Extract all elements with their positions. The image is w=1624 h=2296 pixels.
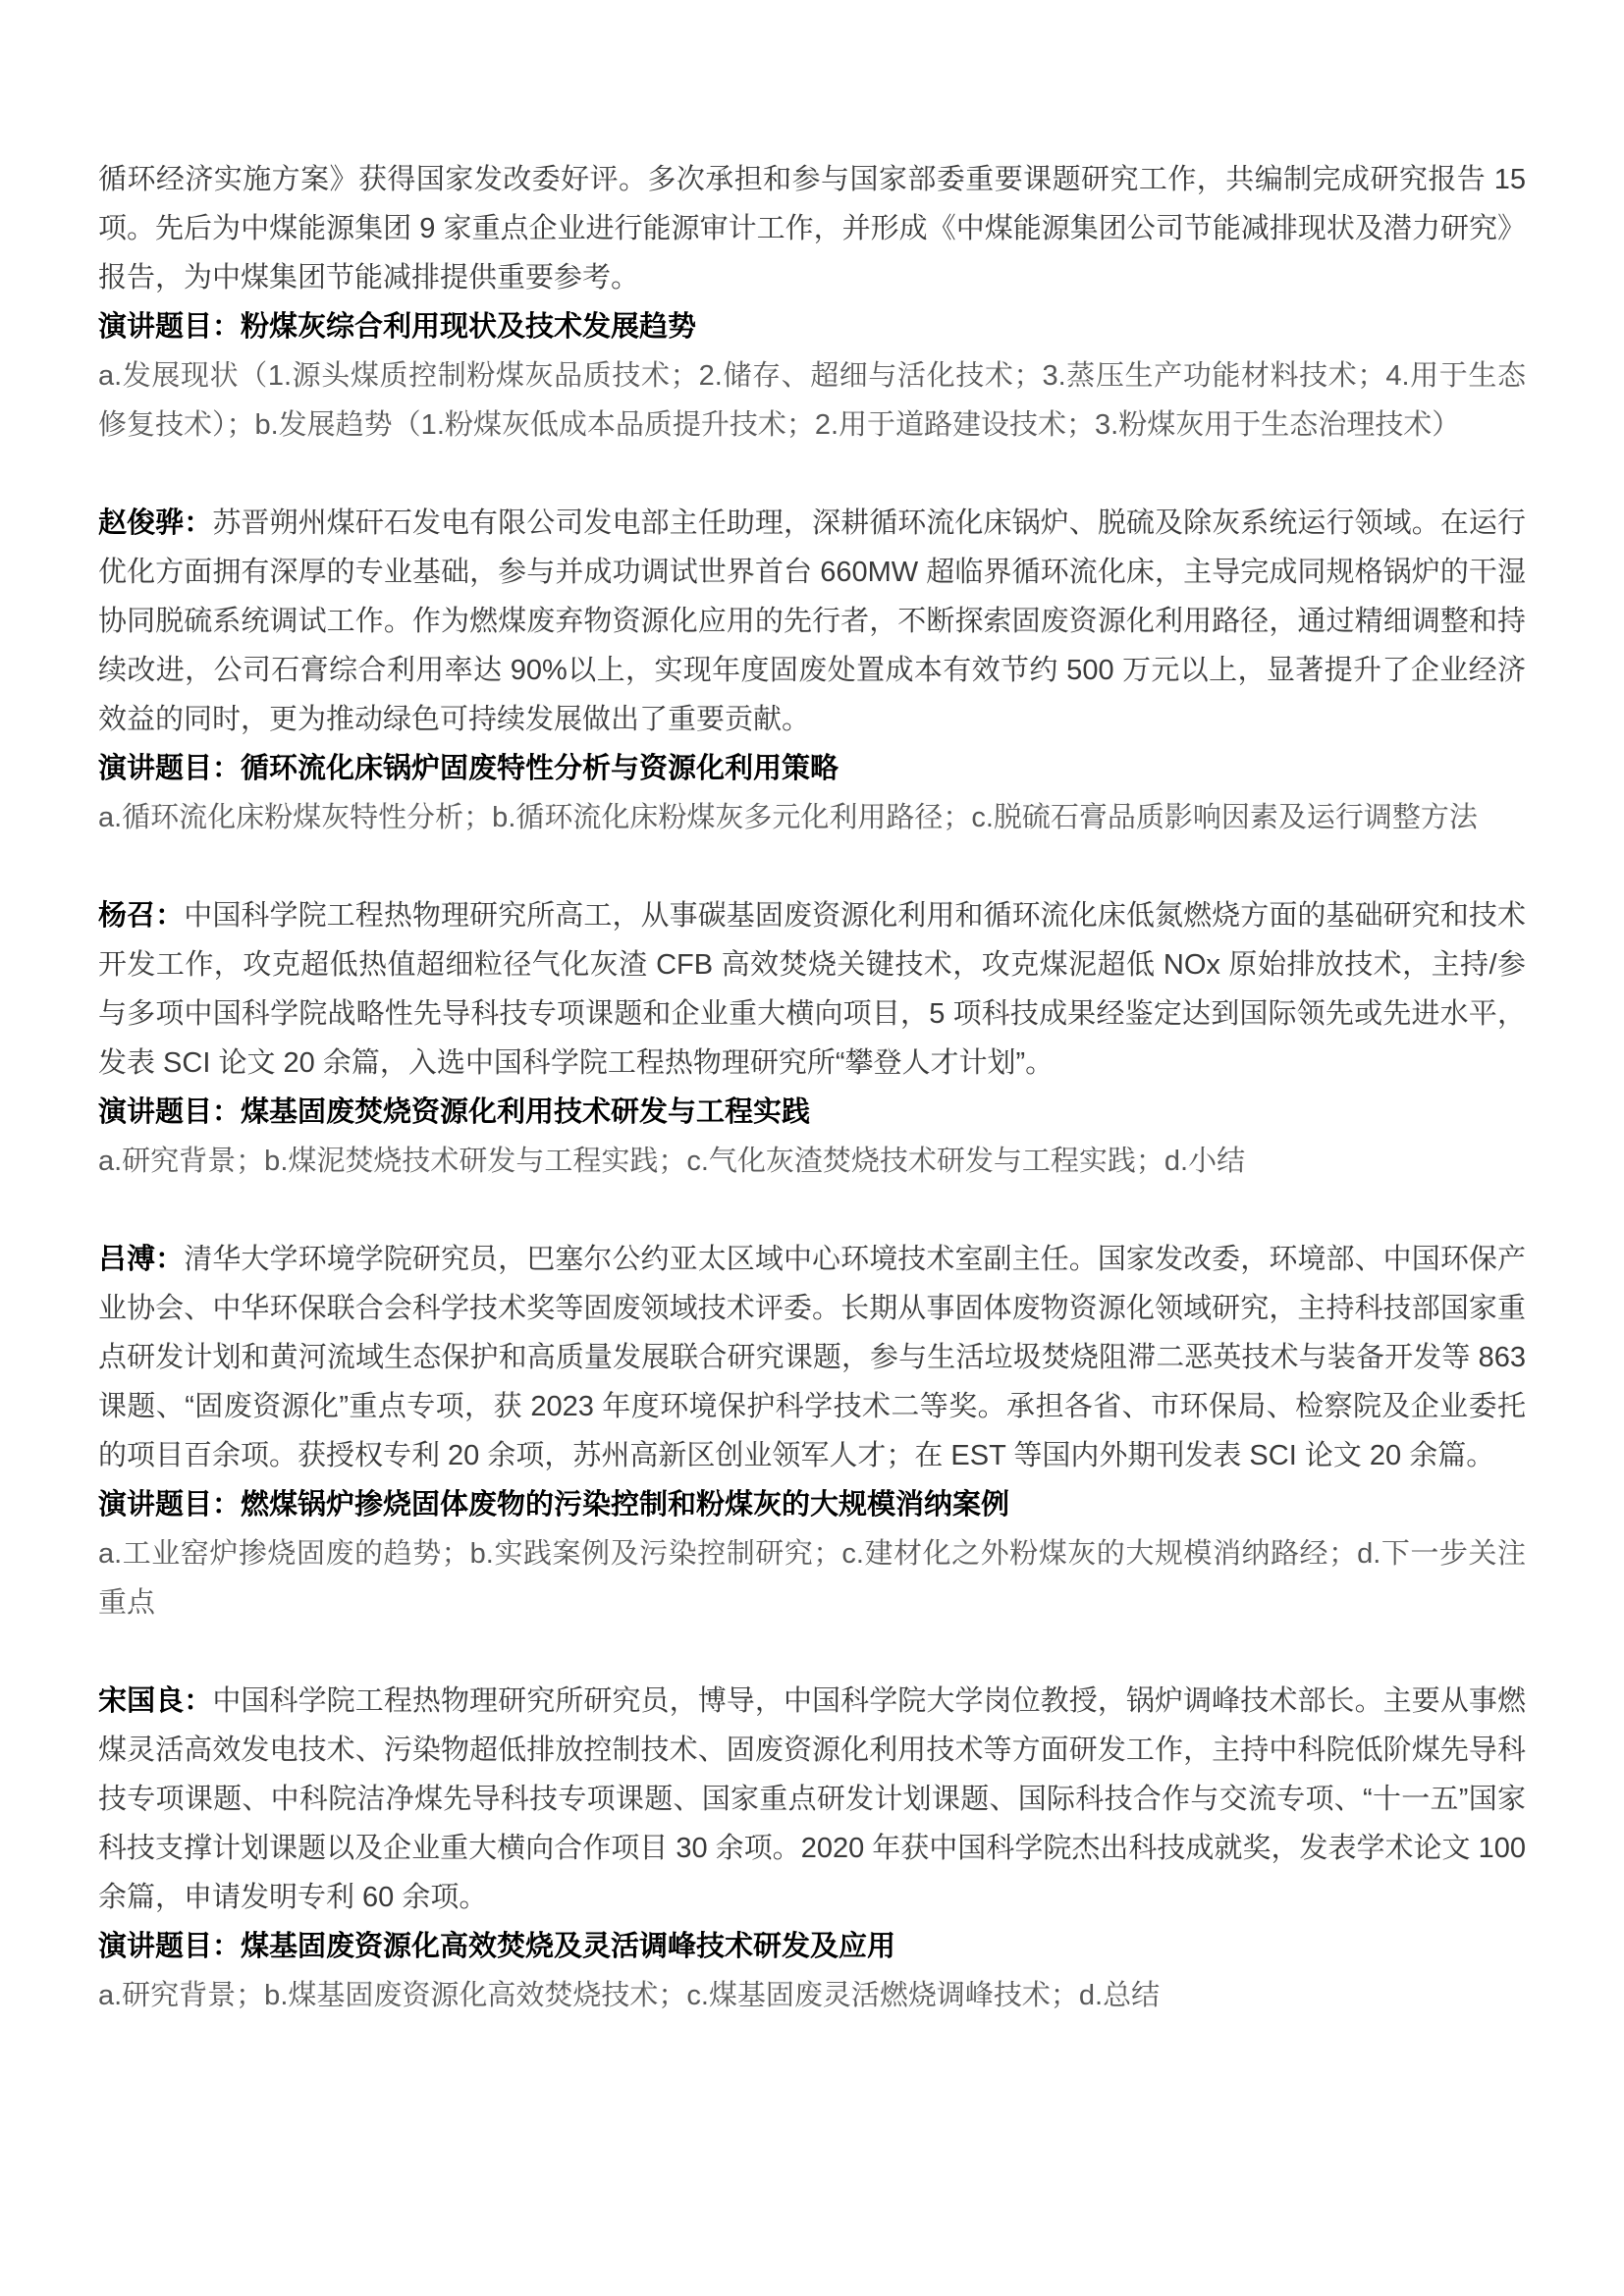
speaker-name: 宋国良： (98, 1685, 212, 1717)
speaker-bio-text: 中国科学院工程热物理研究所高工，从事碳基固废资源化利用和循环流化床低氮燃烧方面的… (98, 900, 1526, 1079)
speaker-section-songguoliang: 宋国良：中国科学院工程热物理研究所研究员，博导，中国科学院大学岗位教授，锅炉调峰… (98, 1677, 1526, 2020)
talk-outline: a.研究背景；b.煤泥焚烧技术研发与工程实践；c.气化灰渣焚烧技术研发与工程实践… (98, 1137, 1526, 1186)
talk-outline: a.循环流化床粉煤灰特性分析；b.循环流化床粉煤灰多元化利用路径；c.脱硫石膏品… (98, 793, 1526, 842)
talk-topic-line: 演讲题目：煤基固废资源化高效焚烧及灵活调峰技术研发及应用 (98, 1922, 1526, 1971)
talk-outline: a.工业窑炉掺烧固废的趋势；b.实践案例及污染控制研究；c.建材化之外粉煤灰的大… (98, 1529, 1526, 1628)
speaker-name: 杨召： (98, 900, 184, 932)
talk-topic-line: 演讲题目：燃煤锅炉掺烧固体废物的污染控制和粉煤灰的大规模消纳案例 (98, 1480, 1526, 1529)
speaker-bio-paragraph: 吕溥：清华大学环境学院研究员，巴塞尔公约亚太区域中心环境技术室副主任。国家发改委… (98, 1235, 1526, 1480)
speaker-bio-text: 中国科学院工程热物理研究所研究员，博导，中国科学院大学岗位教授，锅炉调峰技术部长… (98, 1685, 1526, 1913)
talk-topic-title: 粉煤灰综合利用现状及技术发展趋势 (241, 311, 696, 343)
speaker-bio-paragraph: 杨召：中国科学院工程热物理研究所高工，从事碳基固废资源化利用和循环流化床低氮燃烧… (98, 891, 1526, 1088)
talk-topic-title: 燃煤锅炉掺烧固体废物的污染控制和粉煤灰的大规模消纳案例 (241, 1489, 1009, 1521)
talk-topic-label: 演讲题目： (98, 311, 241, 343)
talk-topic-line: 演讲题目：循环流化床锅炉固废特性分析与资源化利用策略 (98, 744, 1526, 793)
talk-outline: a.发展现状（1.源头煤质控制粉煤灰品质技术；2.储存、超细与活化技术；3.蒸压… (98, 351, 1526, 450)
talk-topic-title: 循环流化床锅炉固废特性分析与资源化利用策略 (241, 753, 839, 784)
talk-topic-title: 煤基固废资源化高效焚烧及灵活调峰技术研发及应用 (241, 1931, 895, 1962)
speaker-section-yangzhao: 杨召：中国科学院工程热物理研究所高工，从事碳基固废资源化利用和循环流化床低氮燃烧… (98, 891, 1526, 1186)
speaker-bio-text: 循环经济实施方案》获得国家发改委好评。多次承担和参与国家部委重要课题研究工作，共… (98, 164, 1526, 294)
speaker-bio-paragraph: 宋国良：中国科学院工程热物理研究所研究员，博导，中国科学院大学岗位教授，锅炉调峰… (98, 1677, 1526, 1922)
talk-topic-line: 演讲题目：粉煤灰综合利用现状及技术发展趋势 (98, 302, 1526, 351)
speaker-bio-text: 清华大学环境学院研究员，巴塞尔公约亚太区域中心环境技术室副主任。国家发改委，环境… (98, 1244, 1526, 1471)
speaker-bio-paragraph: 赵俊骅：苏晋朔州煤矸石发电有限公司发电部主任助理，深耕循环流化床锅炉、脱硫及除灰… (98, 499, 1526, 744)
document-page: 循环经济实施方案》获得国家发改委好评。多次承担和参与国家部委重要课题研究工作，共… (0, 0, 1624, 2296)
speaker-name: 吕溥： (98, 1244, 184, 1275)
speaker-section-lvpu: 吕溥：清华大学环境学院研究员，巴塞尔公约亚太区域中心环境技术室副主任。国家发改委… (98, 1235, 1526, 1628)
speaker-section-zhaojunhua: 赵俊骅：苏晋朔州煤矸石发电有限公司发电部主任助理，深耕循环流化床锅炉、脱硫及除灰… (98, 499, 1526, 842)
talk-topic-label: 演讲题目： (98, 1096, 241, 1128)
talk-topic-label: 演讲题目： (98, 1931, 241, 1962)
talk-topic-label: 演讲题目： (98, 753, 241, 784)
talk-outline: a.研究背景；b.煤基固废资源化高效焚烧技术；c.煤基固废灵活燃烧调峰技术；d.… (98, 1971, 1526, 2020)
speaker-bio-paragraph: 循环经济实施方案》获得国家发改委好评。多次承担和参与国家部委重要课题研究工作，共… (98, 155, 1526, 302)
talk-topic-line: 演讲题目：煤基固废焚烧资源化利用技术研发与工程实践 (98, 1088, 1526, 1137)
speaker-bio-text: 苏晋朔州煤矸石发电有限公司发电部主任助理，深耕循环流化床锅炉、脱硫及除灰系统运行… (98, 507, 1526, 735)
speaker-section-intro-continuation: 循环经济实施方案》获得国家发改委好评。多次承担和参与国家部委重要课题研究工作，共… (98, 155, 1526, 450)
speaker-name: 赵俊骅： (98, 507, 212, 539)
talk-topic-label: 演讲题目： (98, 1489, 241, 1521)
talk-topic-title: 煤基固废焚烧资源化利用技术研发与工程实践 (241, 1096, 810, 1128)
